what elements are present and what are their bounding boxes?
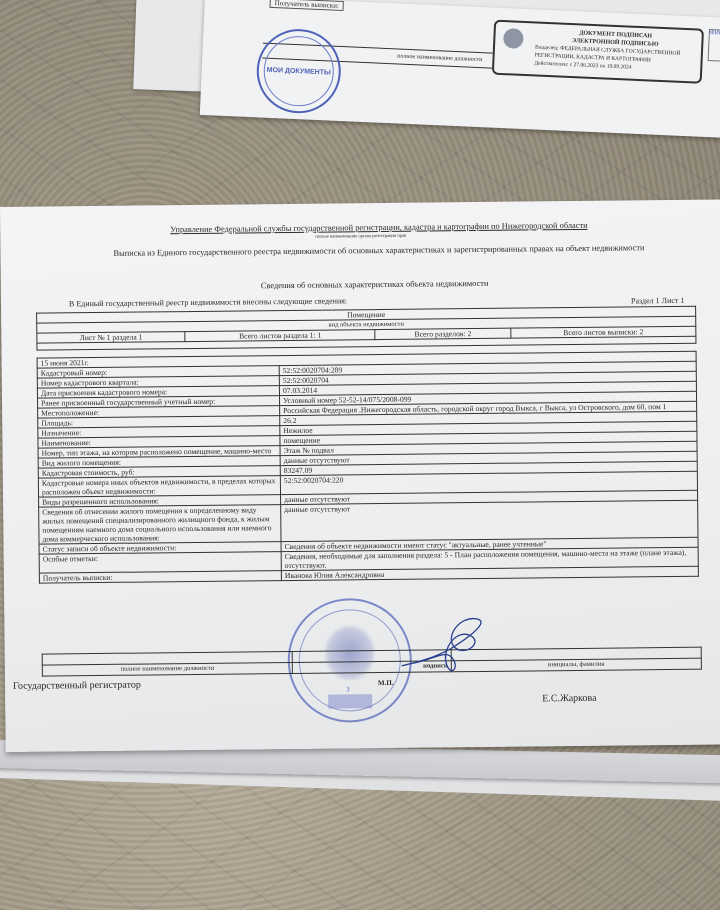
document-title: Выписка из Единого государственного реес… <box>113 243 644 258</box>
row-label: Особые отметки: <box>39 552 281 574</box>
top-recipient-label: Получатель выписки: <box>270 0 345 11</box>
section-sheet: Раздел 1 Лист 1 <box>631 296 684 306</box>
emblem-icon <box>503 28 524 49</box>
seal-number: 3 <box>346 685 350 693</box>
top-right-text: ФИО <box>708 29 720 63</box>
section-title: Сведения об основных характеристиках объ… <box>261 279 489 290</box>
row-value: данные отсутствуют <box>281 500 698 541</box>
header-table: Помещение вид объекта недвижимости Лист … <box>36 306 696 351</box>
signature-table: полное наименование должности подпись ин… <box>42 647 702 677</box>
position-caption: полное наименование должности <box>42 662 293 676</box>
top-document: Получатель выписки: полное наименование … <box>200 0 720 138</box>
electronic-signature-box: ДОКУМЕНТ ПОДПИСАН ЭЛЕКТРОННОЙ ПОДПИСЬЮ В… <box>492 20 704 84</box>
authority-caption: полное наименование органа регистрации п… <box>315 233 406 239</box>
seal-band <box>328 694 372 708</box>
handwritten-signature <box>399 617 495 678</box>
registrar-position: Государственный регистратор <box>13 680 141 692</box>
egrn-extract-page: Управление Федеральной службы государств… <box>0 199 720 752</box>
row-label: Получатель выписки: <box>39 571 281 584</box>
registrar-name: Е.С.Жаркова <box>542 693 596 705</box>
mfc-stamp: МОИ ДОКУМЕНТЫ <box>255 27 343 115</box>
characteristics-table: 15 июня 2021г. Кадастровый номер:52:52:0… <box>37 351 699 584</box>
row-label: Сведения об отнесении жилого помещения к… <box>39 505 281 545</box>
stamp-place: М.П. <box>378 679 394 687</box>
intro-text: В Единый государственный реестр недвижим… <box>69 296 347 308</box>
row-label: Кадастровые номера иных объектов недвижи… <box>38 476 280 498</box>
